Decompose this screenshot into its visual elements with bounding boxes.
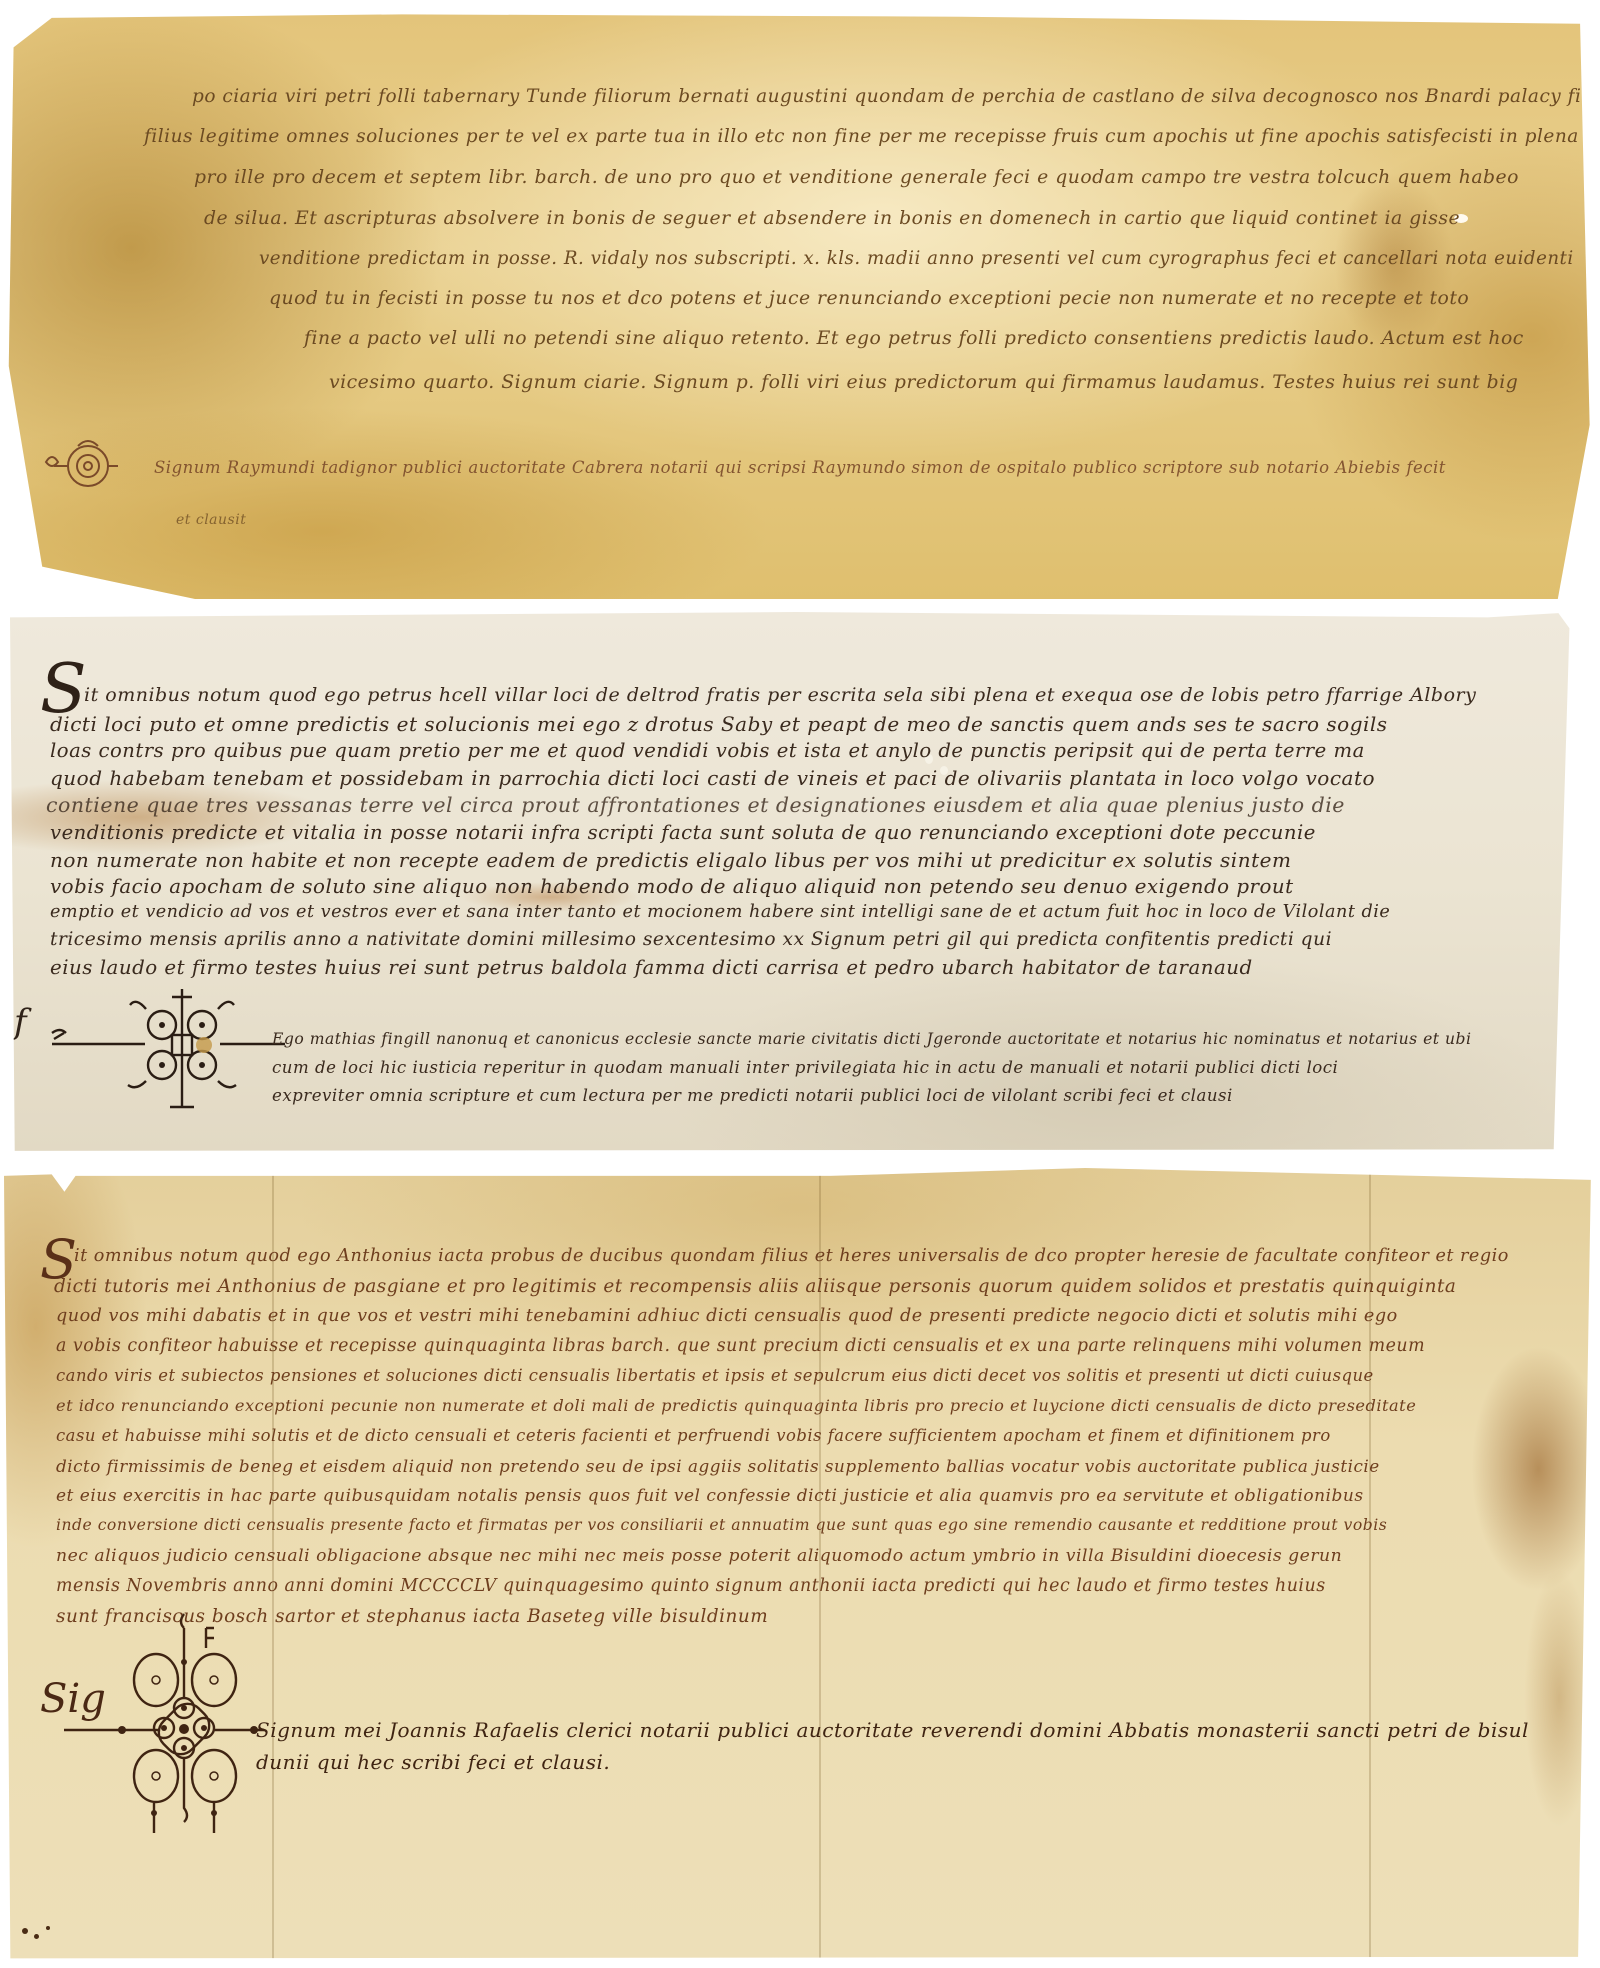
text-line: non numerate non habite et non recepte e… [50,848,1291,872]
text-line: inde conversione dicti censualis present… [56,1516,1387,1534]
ink-speckle [46,1926,50,1930]
text-line: fine a pacto vel ulli no petendi sine al… [304,328,1524,349]
text-line: dicti loci puto et omne predictis et sol… [50,712,1388,736]
parchment-document-1: po ciaria viri petri folli tabernary Tun… [4,12,1596,602]
subscription-line: cum de loci hic iusticia reperitur in qu… [272,1058,1338,1077]
text-line: venditione predictam in posse. R. vidaly… [259,248,1574,269]
text-line: vobis facio apocham de soluto sine aliqu… [50,875,1294,898]
text-line: loas contrs pro quibus pue quam pretio p… [50,739,1365,762]
marginal-mark: f [14,1002,27,1042]
ink-speckle [34,1934,39,1939]
notary-knot-sign-icon [64,1608,264,1838]
text-line: casu et habuisse mihi solutis et de dict… [56,1426,1331,1445]
subscription-line: Ego mathias fingill nanonuq et canonicus… [272,1030,1472,1048]
subscription-line: dunii qui hec scribi feci et clausi. [256,1750,610,1774]
text-line: eius laudo et firmo testes huius rei sun… [50,956,1253,979]
text-line: it omnibus notum quod ego petrus hcell v… [84,684,1476,706]
ink-speckle [22,1928,28,1934]
text-line: Signum Raymundi tadignor publici auctori… [154,458,1446,477]
text-line: et eius exercitis in hac parte quibusqui… [56,1486,1364,1506]
text-line: nec aliquos judicio censuali obligacione… [56,1546,1342,1566]
parchment-document-3: S it omnibus notum quod ego Anthonius ia… [4,1168,1594,1960]
notary-sign-icon [50,987,290,1117]
text-line: mensis Novembris anno anni domini MCCCCL… [56,1576,1326,1596]
text-line: vicesimo quarto. Signum ciarie. Signum p… [329,372,1518,393]
stain [1524,1568,1594,1828]
notary-sign-icon [38,432,148,502]
text-line: quod vos mihi dabatis et in que vos et v… [56,1306,1398,1326]
text-line: quod tu in fecisti in posse tu nos et dc… [269,288,1469,309]
text-line: dicto firmissimis de beneg et eisdem ali… [56,1456,1380,1476]
text-line: de silua. Et ascripturas absolvere in bo… [204,208,1460,229]
text-line: et clausit [176,512,246,528]
text-line: a vobis confiteor habuisse et recepisse … [56,1336,1425,1356]
text-line: filius legitime omnes soluciones per te … [144,126,1579,147]
text-line: cando viris et subiectos pensiones et so… [56,1366,1374,1385]
text-line: dicti tutoris mei Anthonius de pasgiane … [54,1276,1456,1297]
text-line: quod habebam tenebam et possidebam in pa… [50,766,1375,790]
text-line: emptio et vendicio ad vos et vestros eve… [50,902,1390,922]
text-line: venditionis predicte et vitalia in posse… [50,821,1316,844]
subscription-line: expreviter omnia scripture et cum lectur… [272,1086,1233,1105]
text-line: po ciaria viri petri folli tabernary Tun… [192,86,1600,107]
text-line: it omnibus notum quod ego Anthonius iact… [74,1246,1509,1266]
text-line: tricesimo mensis aprilis anno a nativita… [50,929,1332,950]
subscription-line: Signum mei Joannis Rafaelis clerici nota… [256,1718,1529,1742]
parchment-document-2: S it omnibus notum quod ego petrus hcell… [10,612,1582,1152]
text-line: pro ille pro decem et septem libr. barch… [194,167,1519,188]
text-line: contiene quae tres vessanas terre vel ci… [46,793,1345,817]
text-line: et idco renunciando exceptioni pecunie n… [56,1396,1416,1415]
